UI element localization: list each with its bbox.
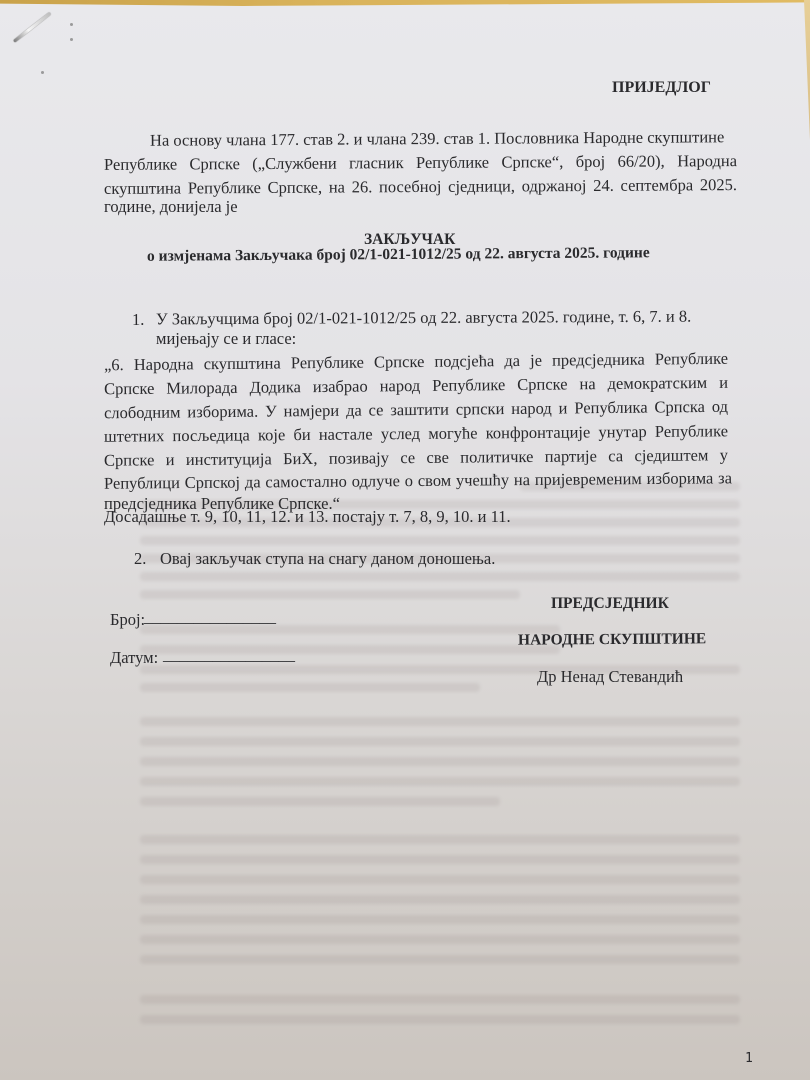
item-1-line: мијењају се и гласе: — [156, 331, 296, 348]
signatory-title: ПРЕДСЈЕДНИК — [551, 596, 669, 612]
number-blank: ________________ — [144, 609, 276, 626]
document-page: ПРИЈЕДЛОГ На основу члана 177. став 2. и… — [0, 0, 810, 1080]
quote-line: Српске Милорада Додика изабрао народ Реп… — [104, 375, 728, 398]
date-label: Датум: — [110, 650, 158, 667]
item-2-number: 2. — [134, 551, 146, 568]
proposal-label: ПРИЈЕДЛОГ — [612, 80, 711, 96]
quote-line: „6. Народна скупштина Републике Српске п… — [104, 351, 728, 374]
item-2-text: Овај закључак ступа на снагу даном донош… — [160, 551, 495, 568]
number-label: Број: — [110, 612, 145, 629]
signatory-name: Др Ненад Стевандић — [537, 669, 683, 686]
preamble-line: Републике Српске („Службени гласник Репу… — [104, 153, 737, 173]
quote-line: слободним изборима. У намјери да се зашт… — [104, 399, 728, 422]
preamble-line: године, донијела је — [104, 199, 238, 216]
page-number: 1 — [745, 1052, 753, 1065]
renumbering-note: Досадашње т. 9, 10, 11, 12. и 13. постај… — [104, 509, 511, 526]
signatory-institution: НАРОДНЕ СКУПШТИНЕ — [518, 631, 706, 648]
item-1-line: У Закључцима број 02/1-021-1012/25 од 22… — [156, 309, 691, 328]
date-blank: ________________ — [163, 647, 295, 664]
document-subtitle: о измјенама Закључака број 02/1-021-1012… — [147, 245, 650, 264]
item-1-number: 1. — [132, 312, 144, 329]
quote-line: штетних посљедица које би настале услед … — [104, 423, 728, 445]
preamble-line: На основу члана 177. став 2. и члана 239… — [150, 129, 724, 149]
quote-line: Српске и институција БиХ, позивају се св… — [104, 447, 728, 469]
preamble-line: скупштина Републике Српске, на 26. посеб… — [104, 177, 737, 197]
